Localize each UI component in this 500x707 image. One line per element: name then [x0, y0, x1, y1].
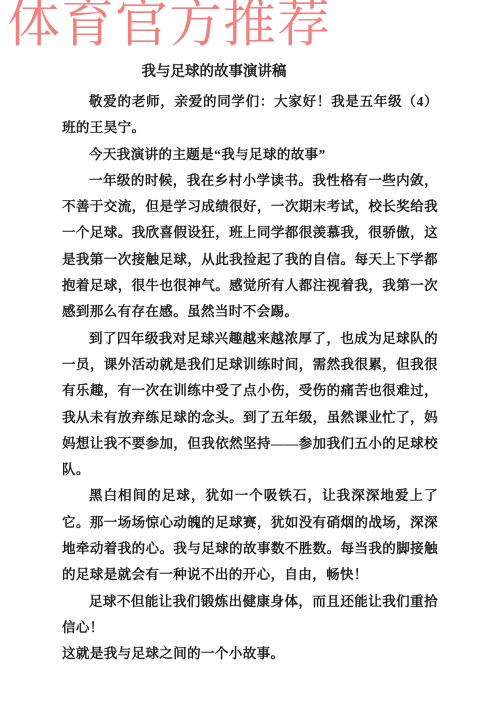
paragraph: 到了四年级我对足球兴趣越来越浓厚了，也成为足球队的一员，课外活动就是我们足球训练…	[62, 326, 438, 484]
paragraph: 今天我演讲的主题是“我与足球的故事”	[62, 142, 438, 168]
paragraph: 一年级的时候，我在乡村小学读书。我性格有一些内敛，不善于交流，但是学习成绩很好，…	[62, 168, 438, 326]
document-page: 体育官方推荐 我与足球的故事演讲稿 敬爱的老师，亲爱的同学们：大家好！我是五年级…	[0, 0, 500, 707]
document-content: 我与足球的故事演讲稿 敬爱的老师，亲爱的同学们：大家好！我是五年级（4）班的王昊…	[62, 58, 438, 668]
paragraph: 足球不但能让我们锻炼出健康身体，而且还能让我们重拾信心！	[62, 589, 438, 642]
document-body: 敬爱的老师，亲爱的同学们：大家好！我是五年级（4）班的王昊宁。今天我演讲的主题是…	[62, 89, 438, 668]
document-title: 我与足球的故事演讲稿	[26, 58, 402, 86]
paragraph: 这就是我与足球之间的一个小故事。	[62, 641, 438, 667]
paragraph: 黑白相间的足球，犹如一个吸铁石，让我深深地爱上了它。那一场场惊心动魄的足球赛，犹…	[62, 483, 438, 588]
watermark-text: 体育官方推荐	[7, 0, 331, 53]
paragraph: 敬爱的老师，亲爱的同学们：大家好！我是五年级（4）班的王昊宁。	[62, 89, 438, 142]
